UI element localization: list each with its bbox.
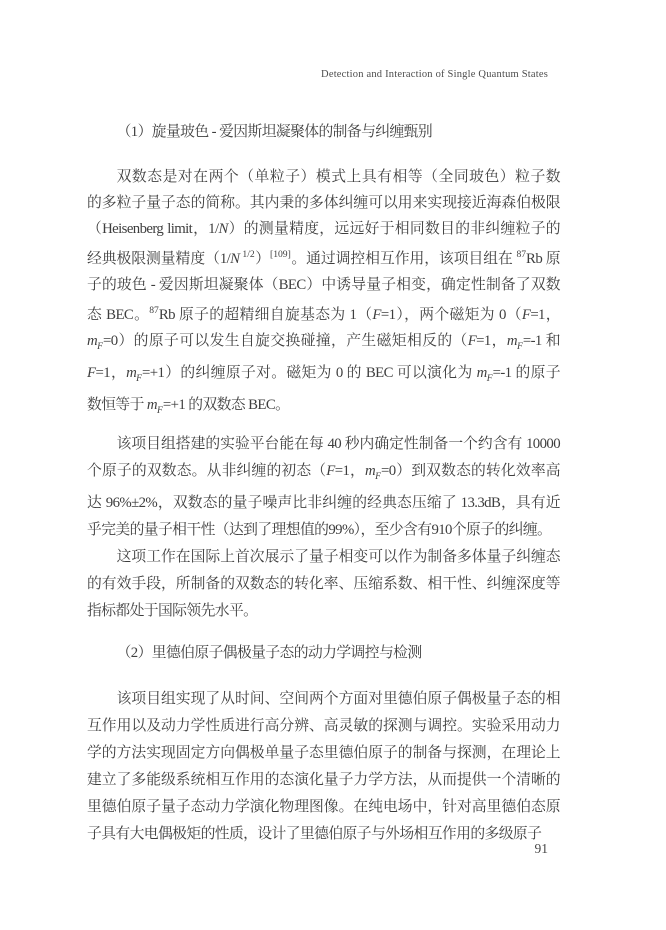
text-line: 数恒等于 mF=+1 的双数态 BEC。 (87, 392, 560, 424)
text-line: 子具有大电偶极矩的性质，设计了里德伯原子与外场相互作用的多级原子 (87, 821, 560, 848)
text-line: （2）里德伯原子偶极量子态的动力学调控与检测 (87, 639, 560, 667)
text-line: 经典极限测量精度（1/N 1/2）[109]。通过调控相互作用，该项目组在 87… (87, 242, 560, 272)
text-line: 的多粒子量子态的简称。其内秉的多体纠缠可以用来实现接近海森伯极限 (87, 190, 560, 216)
text-line: 达 96%±2%，双数态的量子噪声比非纠缠的经典态压缩了 13.3dB，具有近 (87, 490, 560, 517)
document-page: Detection and Interaction of Single Quan… (0, 0, 666, 930)
text-line: mF=0）的原子可以发生自旋交换碰撞，产生磁矩相反的（F=1，mF=-1 和 (87, 328, 560, 360)
text-line: 态 BEC。87Rb 原子的超精细自旋基态为 1（F=1），两个磁矩为 0（F=… (87, 298, 560, 328)
text-line: 学的方法实现固定方向偶极单量子态里德伯原子的制备与探测，在理论上 (87, 740, 560, 767)
text-line: 个原子的双数态。从非纠缠的初态（F=1，mF=0）到双数态的转化效率高 (87, 458, 560, 490)
text-line: 互作用以及动力学性质进行高分辨、高灵敏的探测与调控。实验采用动力 (87, 713, 560, 740)
text-line: 里德伯原子量子态动力学演化物理图像。在纯电场中，针对高里德伯态原 (87, 794, 560, 821)
text-line: 建立了多能级系统相互作用的态演化量子力学方法，从而提供一个清晰的 (87, 767, 560, 794)
text-line: 指标都处于国际领先水平。 (87, 598, 560, 625)
text-line: （Heisenberg limit，1/N）的测量精度，远远好于相同数目的非纠缠… (87, 216, 560, 242)
content-area: （1）旋量玻色 - 爱因斯坦凝聚体的制备与纠缠甄别双数态是对在两个（单粒子）模式… (87, 0, 560, 848)
text-line: 子的玻色 - 爱因斯坦凝聚体（BEC）中诱导量子相变，确定性制备了双数 (87, 272, 560, 298)
text-line: 该项目组搭建的实验平台能在每 40 秒内确定性制备一个约含有 10000 (87, 431, 560, 458)
text-line: 该项目组实现了从时间、空间两个方面对里德伯原子偶极量子态的相 (87, 686, 560, 713)
text-line: 双数态是对在两个（单粒子）模式上具有相等（全同玻色）粒子数 (87, 164, 560, 190)
paragraph-4: 该项目组实现了从时间、空间两个方面对里德伯原子偶极量子态的相互作用以及动力学性质… (87, 686, 560, 848)
text-line: 乎完美的量子相干性（达到了理想值的99%），至少含有910个原子的纠缠。 (87, 517, 560, 544)
paragraph-3: 这项工作在国际上首次展示了量子相变可以作为制备多体量子纠缠态的有效手段，所制备的… (87, 544, 560, 625)
section-1-heading: （1）旋量玻色 - 爱因斯坦凝聚体的制备与纠缠甄别 (87, 118, 560, 146)
text-line: F=1，mF=+1）的纠缠原子对。磁矩为 0 的 BEC 可以演化为 mF=-1… (87, 360, 560, 392)
text-line: 这项工作在国际上首次展示了量子相变可以作为制备多体量子纠缠态 (87, 544, 560, 571)
text-line: （1）旋量玻色 - 爱因斯坦凝聚体的制备与纠缠甄别 (87, 118, 560, 146)
text-line: 的有效手段，所制备的双数态的转化率、压缩系数、相干性、纠缠深度等 (87, 571, 560, 598)
paragraph-1: 双数态是对在两个（单粒子）模式上具有相等（全同玻色）粒子数的多粒子量子态的简称。… (87, 164, 560, 424)
paragraph-2: 该项目组搭建的实验平台能在每 40 秒内确定性制备一个约含有 10000个原子的… (87, 431, 560, 544)
page-number: 91 (535, 841, 549, 857)
section-2-heading: （2）里德伯原子偶极量子态的动力学调控与检测 (87, 639, 560, 667)
